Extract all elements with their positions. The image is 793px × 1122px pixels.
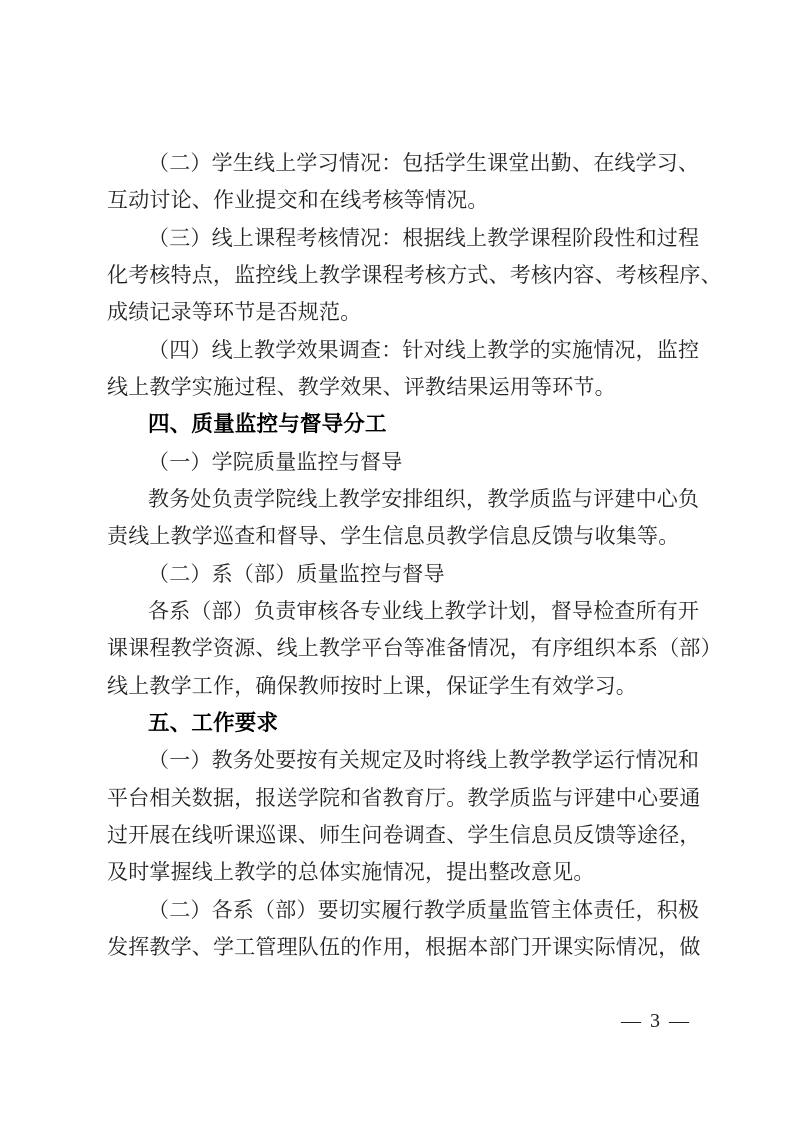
section-heading: 四、质量监控与督导分工 xyxy=(107,406,713,443)
paragraph-line: （三）线上课程考核情况：根据线上教学课程阶段性和过程 xyxy=(107,220,713,257)
paragraph-line: （二）学生线上学习情况：包括学生课堂出勤、在线学习、 xyxy=(107,145,713,182)
document-page: （二）学生线上学习情况：包括学生课堂出勤、在线学习、 互动讨论、作业提交和在线考… xyxy=(0,0,793,1122)
paragraph-line: 发挥教学、学工管理队伍的作用，根据本部门开课实际情况，做 xyxy=(107,929,713,966)
paragraph-line: （一）学院质量监控与督导 xyxy=(107,444,713,481)
paragraph-line: 成绩记录等环节是否规范。 xyxy=(107,294,713,331)
paragraph-line: 线上教学工作，确保教师按时上课，保证学生有效学习。 xyxy=(107,668,713,705)
paragraph-line: 及时掌握线上教学的总体实施情况，提出整改意见。 xyxy=(107,854,713,891)
paragraph-line: 课课程教学资源、线上教学平台等准备情况，有序组织本系（部） xyxy=(107,630,713,667)
paragraph-line: 各系（部）负责审核各专业线上教学计划，督导检查所有开 xyxy=(107,593,713,630)
paragraph-line: 过开展在线听课巡课、师生问卷调查、学生信息员反馈等途径， xyxy=(107,817,713,854)
paragraph-line: （一）教务处要按有关规定及时将线上教学教学运行情况和 xyxy=(107,742,713,779)
paragraph-line: （二）系（部）质量监控与督导 xyxy=(107,556,713,593)
section-heading: 五、工作要求 xyxy=(107,705,713,742)
paragraph-line: 化考核特点，监控线上教学课程考核方式、考核内容、考核程序、 xyxy=(107,257,713,294)
document-body: （二）学生线上学习情况：包括学生课堂出勤、在线学习、 互动讨论、作业提交和在线考… xyxy=(107,145,713,966)
paragraph-line: 教务处负责学院线上教学安排组织，教学质监与评建中心负 xyxy=(107,481,713,518)
paragraph-line: （四）线上教学效果调查：针对线上教学的实施情况，监控 xyxy=(107,332,713,369)
paragraph-line: 责线上教学巡查和督导、学生信息员教学信息反馈与收集等。 xyxy=(107,518,713,555)
paragraph-line: 线上教学实施过程、教学效果、评教结果运用等环节。 xyxy=(107,369,713,406)
paragraph-line: 互动讨论、作业提交和在线考核等情况。 xyxy=(107,182,713,219)
footer-page-number: — 3 — xyxy=(621,1008,691,1034)
paragraph-line: 平台相关数据，报送学院和省教育厅。教学质监与评建中心要通 xyxy=(107,780,713,817)
paragraph-line: （二）各系（部）要切实履行教学质量监管主体责任，积极 xyxy=(107,892,713,929)
